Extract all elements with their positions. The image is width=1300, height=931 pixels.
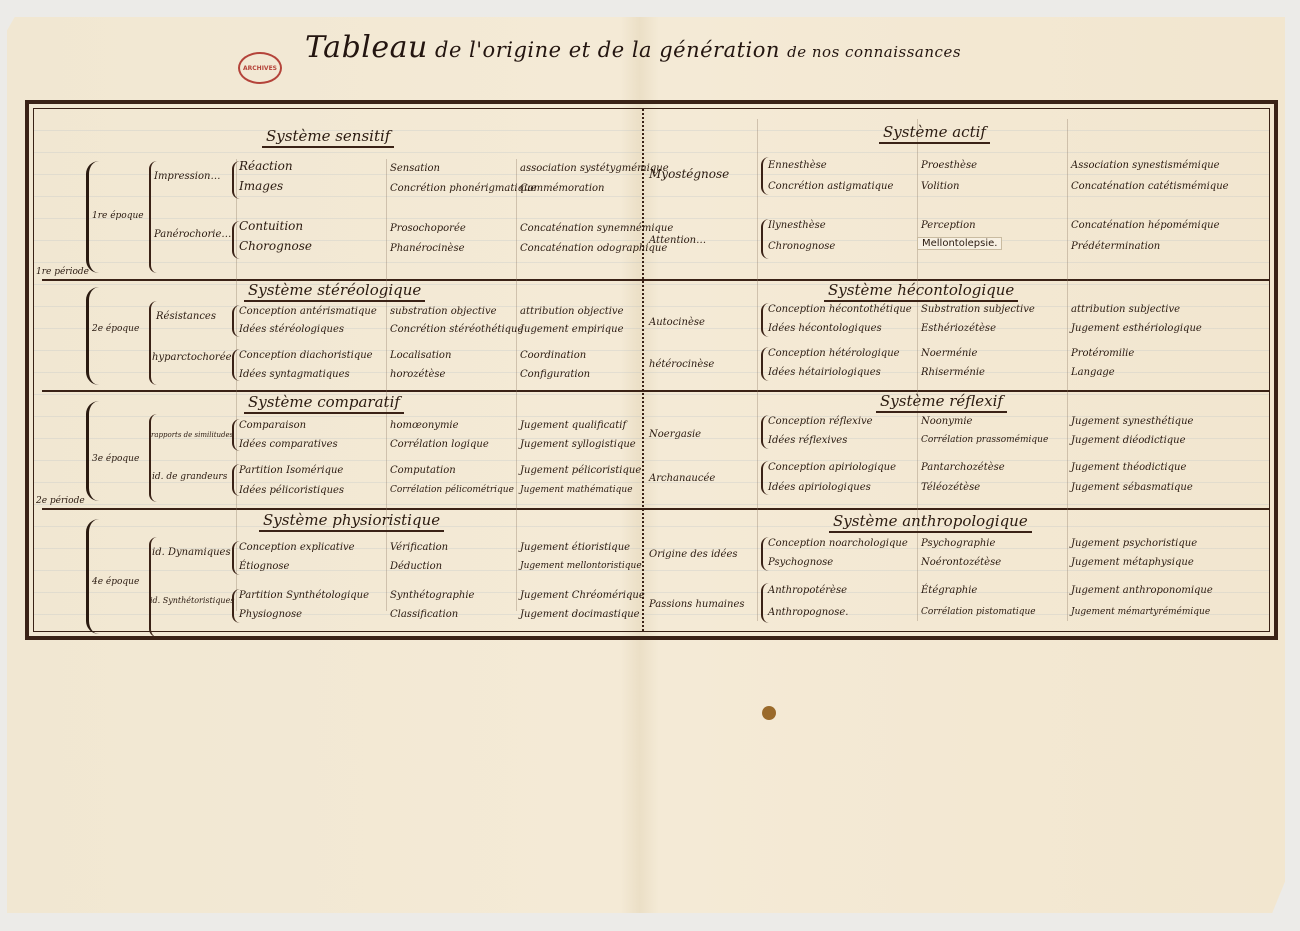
cell: Conception antérismatique	[239, 306, 377, 317]
cell: Jugement mémartyrémémique	[1071, 607, 1210, 617]
cell: Esthériozétèse	[921, 323, 996, 334]
cell: Partition Isomérique	[239, 465, 343, 476]
cell: Coordination	[520, 350, 586, 361]
cell: Jugement syllogistique	[520, 439, 636, 450]
cell: attribution subjective	[1071, 304, 1180, 315]
group-label: id. de grandeurs	[152, 472, 227, 482]
group-label: hétérocinèse	[649, 359, 714, 370]
cell: Jugement esthériologique	[1071, 323, 1202, 334]
cell: Jugement diéodictique	[1071, 435, 1186, 446]
cell: Jugement mellontoristique	[520, 561, 642, 571]
cell: Concaténation synemnémique	[520, 223, 673, 234]
epoch-brace	[86, 287, 99, 385]
cell: horozétèse	[390, 369, 445, 380]
cell: Association synestismémique	[1071, 160, 1220, 171]
cell: attribution objective	[520, 306, 624, 317]
cell: Protéromilie	[1071, 348, 1134, 359]
cell: Idées hétairiologiques	[768, 367, 881, 378]
group-label: id. Dynamiques	[152, 547, 231, 558]
cell: Jugement mathématique	[520, 485, 633, 495]
cell: Conception apiriologique	[768, 462, 896, 473]
cell: Jugement docimastique	[520, 609, 640, 620]
cell: Synthétographie	[390, 590, 474, 601]
group-label: Panérochorie…	[154, 229, 231, 240]
cell: Prédétermination	[1071, 241, 1160, 252]
cell: Corrélation pistomatique	[921, 607, 1036, 617]
epoch-brace	[86, 401, 99, 501]
title-word: Tableau	[305, 30, 428, 65]
cell: Noérontozétèse	[921, 557, 1001, 568]
document-title: Tableau de l'origine et de la génération…	[305, 30, 961, 65]
cell: Chorognose	[239, 239, 312, 253]
cell: Conception explicative	[239, 542, 355, 553]
system-title: Système anthropologique	[829, 512, 1032, 533]
cell: Contuition	[239, 219, 303, 233]
group-label: hyparctochorée	[152, 352, 232, 363]
archives-stamp: ARCHIVES	[238, 52, 282, 84]
cell: Idées stéréologiques	[239, 324, 344, 335]
group-label: Passions humaines	[649, 599, 745, 610]
cell: Téléozétèse	[921, 482, 980, 493]
cell: Étiognose	[239, 561, 289, 572]
cell: Conception hécontothétique	[768, 304, 912, 315]
cell: Rhiserménie	[921, 367, 985, 378]
cell: Perception	[921, 220, 976, 231]
system-title: Système comparatif	[244, 393, 404, 414]
cell: homœonymie	[390, 420, 459, 431]
cell: Configuration	[520, 369, 590, 380]
cell: Idées apiriologiques	[768, 482, 871, 493]
band-divider	[42, 279, 1269, 281]
cell: Pantarchozétèse	[921, 462, 1005, 473]
epoch-label: 4e époque	[92, 577, 139, 587]
cell: Phanérocinèse	[390, 243, 465, 254]
cell: Corrélation pélicométrique	[390, 485, 514, 495]
cell: Localisation	[390, 350, 451, 361]
cell: Jugement métaphysique	[1071, 557, 1194, 568]
cell: Concrétion phonérigmatique	[390, 183, 536, 194]
cell: Proesthèse	[921, 160, 977, 171]
cell: Volition	[921, 181, 959, 192]
group-brace	[149, 414, 157, 502]
cell: Idées hécontologiques	[768, 323, 882, 334]
cell: Jugement Chréomérique	[520, 590, 645, 601]
group-label: Noergasie	[649, 429, 701, 440]
cell: Jugement pélicoristique	[520, 465, 641, 476]
epoch-label: 1re époque	[92, 211, 144, 221]
cell: Jugement théodictique	[1071, 462, 1186, 473]
ink-stain	[762, 706, 776, 720]
table-body: 1re période 2e période 1re époque Systèm…	[33, 108, 1270, 632]
cell: Noerménie	[921, 348, 977, 359]
title-end: de nos connaissances	[787, 43, 961, 61]
system-title: Système hécontologique	[824, 281, 1018, 302]
system-title: Système stéréologique	[244, 281, 425, 302]
cell: Images	[239, 179, 283, 193]
period-label: 1re période	[36, 267, 89, 277]
cell: Corrélation prassomémique	[921, 435, 1048, 445]
column-rule	[386, 159, 387, 611]
cell: Langage	[1071, 367, 1115, 378]
cell: Idées réflexives	[768, 435, 847, 446]
cell: Chronognose	[768, 241, 835, 252]
cell: Ennesthèse	[768, 160, 827, 171]
cell: Étégraphie	[921, 585, 977, 596]
group-label: Myostégnose	[649, 167, 729, 181]
cell: Psychognose	[768, 557, 833, 568]
cell: Prosochoporée	[390, 223, 466, 234]
system-title: Système sensitif	[262, 127, 394, 148]
cell: Idées pélicoristiques	[239, 485, 344, 496]
system-title: Système réflexif	[876, 392, 1007, 413]
column-rule	[917, 119, 918, 621]
center-divider	[642, 109, 646, 631]
cell: Jugement sébasmatique	[1071, 482, 1193, 493]
cell: Jugement synesthétique	[1071, 416, 1193, 427]
cell: Conception noarchologique	[768, 538, 908, 549]
group-label: Résistances	[156, 311, 216, 322]
cell: Noonymie	[921, 416, 972, 427]
group-label: Archanaucée	[649, 473, 715, 484]
cell: Concrétion astigmatique	[768, 181, 893, 192]
group-label: Autocinèse	[649, 317, 705, 328]
cell: Conception hétérologique	[768, 348, 900, 359]
cell: Jugement qualificatif	[520, 420, 626, 431]
cell: Physiognose	[239, 609, 302, 620]
cell: Jugement anthroponomique	[1071, 585, 1213, 596]
epoch-label: 2e époque	[92, 324, 139, 334]
cell: Partition Synthétologique	[239, 590, 369, 601]
cell: Concaténation odographique	[520, 243, 667, 254]
cell: Classification	[390, 609, 458, 620]
cell: Réaction	[239, 159, 293, 173]
cell: Anthropotérèse	[768, 585, 847, 596]
cell: Commémoration	[520, 183, 604, 194]
cell: Corrélation logique	[390, 439, 489, 450]
cell: Concrétion stéréothétique	[390, 324, 523, 335]
cell: Jugement psychoristique	[1071, 538, 1197, 549]
cell: Jugement étioristique	[520, 542, 630, 553]
cell: Jugement empirique	[520, 324, 624, 335]
cell: Conception diachoristique	[239, 350, 373, 361]
cell: Anthropognose.	[768, 607, 848, 618]
band-divider	[42, 508, 1269, 510]
group-label: id. Synthétoristiques	[150, 596, 234, 605]
group-label: rapports de similitudes	[151, 431, 233, 439]
group-label: Origine des idées	[649, 549, 738, 560]
epoch-label: 3e époque	[92, 454, 139, 464]
cell: association systétygmémique	[520, 163, 669, 174]
cell: Psychographie	[921, 538, 995, 549]
cell: Concaténation hépomémique	[1071, 220, 1220, 231]
cell: Conception réflexive	[768, 416, 873, 427]
cell: Idées syntagmatiques	[239, 369, 350, 380]
cell: Sensation	[390, 163, 440, 174]
cell: Substration subjective	[921, 304, 1035, 315]
column-rule	[757, 119, 758, 621]
cell: Computation	[390, 465, 456, 476]
pasted-correction: Mellontolepsie.	[917, 237, 1002, 250]
cell: Idées comparatives	[239, 439, 338, 450]
cell: Comparaison	[239, 420, 306, 431]
group-label: Impression…	[154, 171, 220, 182]
system-title: Système actif	[879, 123, 990, 144]
cell: Ilynesthèse	[768, 220, 826, 231]
group-label: Attention…	[649, 235, 706, 246]
title-middle: de l'origine et de la génération	[435, 38, 780, 62]
band-divider	[42, 390, 1269, 392]
column-rule	[1067, 119, 1068, 621]
column-rule	[516, 159, 517, 611]
system-title: Système physioristique	[259, 511, 444, 532]
cell: Déduction	[390, 561, 442, 572]
cell: Concaténation catétismémique	[1071, 181, 1229, 192]
cell: Vérification	[390, 542, 448, 553]
knowledge-table: 1re période 2e période 1re époque Systèm…	[25, 100, 1278, 640]
cell: substration objective	[390, 306, 497, 317]
period-label: 2e période	[36, 496, 85, 506]
